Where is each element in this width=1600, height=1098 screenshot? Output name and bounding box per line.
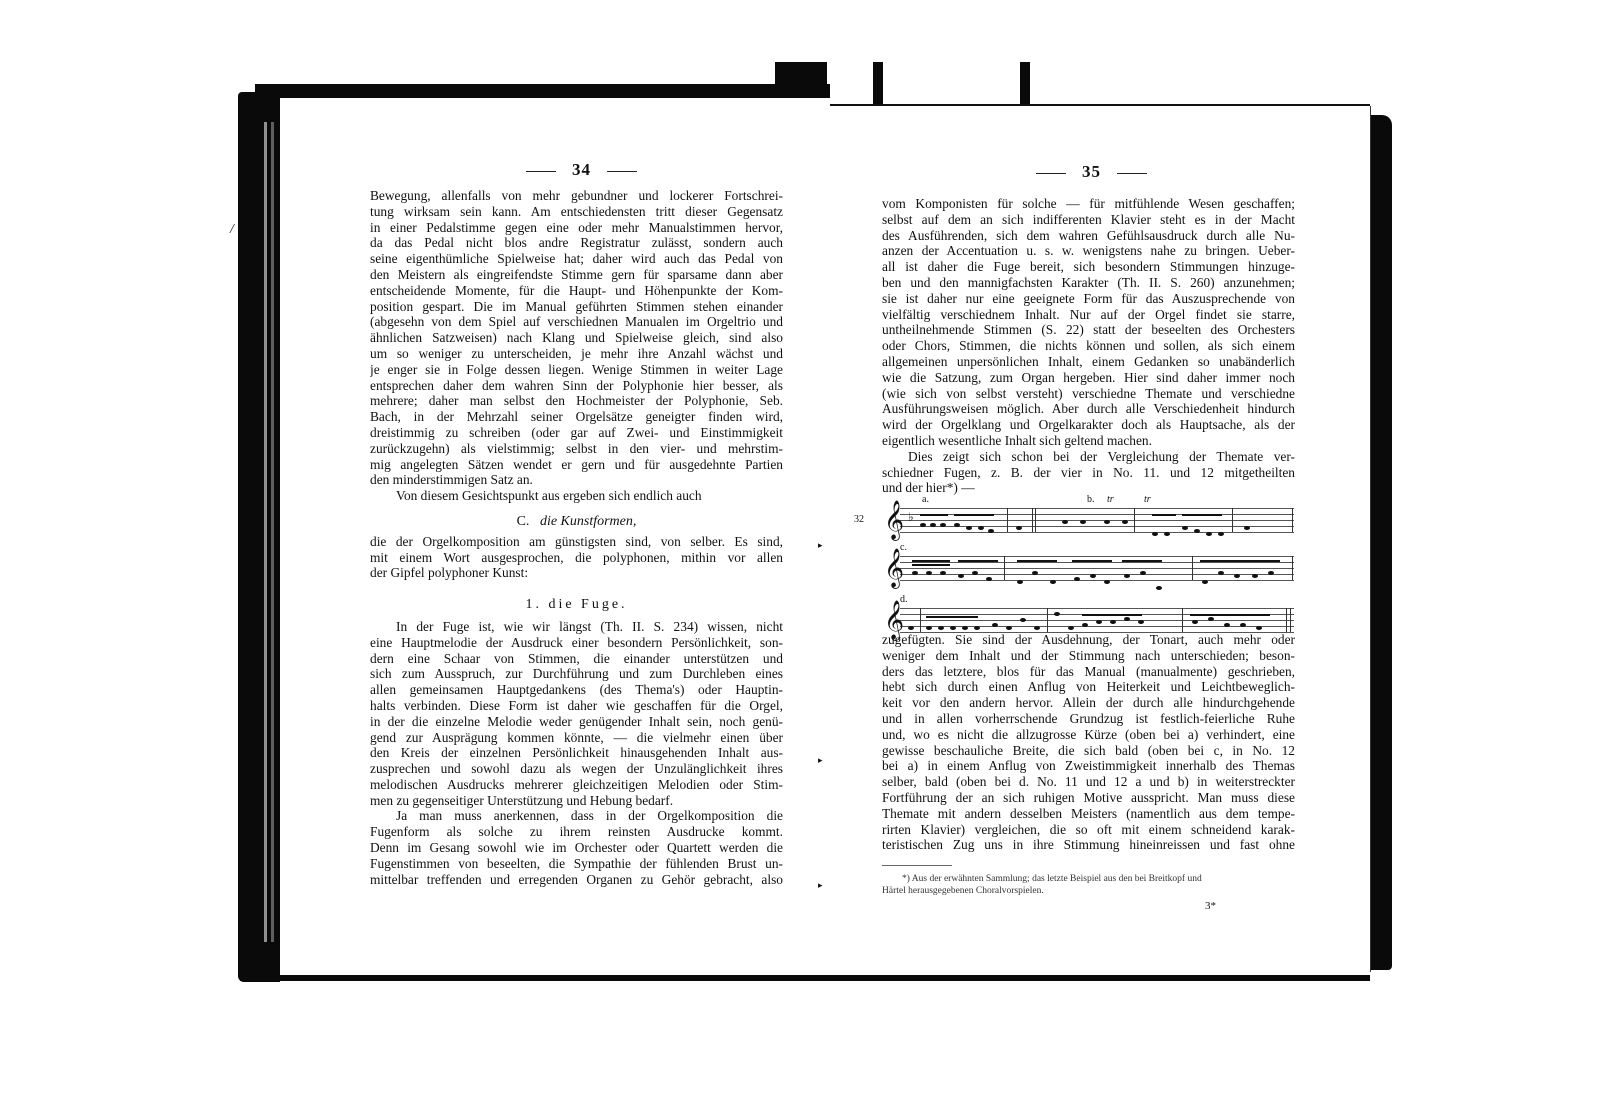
text-line: in der die einzelne Melodie weder genüge…: [370, 714, 783, 730]
text-line: wie die Satzung, zum Organ hergeben. Hie…: [882, 370, 1295, 386]
text-line: seine eigenthümliche Spielweise hat; dah…: [370, 251, 783, 267]
text-line: bei a) in einem Anflug von Zweistimmigke…: [882, 758, 1295, 774]
text-line: der Gipfel polyphoner Kunst:: [370, 565, 783, 581]
book-bottom-edge: [240, 975, 1370, 981]
text-line: mittelbar treffenden und erregenden Orga…: [370, 872, 783, 888]
right-page-body-top: vom Komponisten für solche — für mitfühl…: [882, 196, 1295, 496]
text-line: eigentlich wesentliche Inhalt sich gelte…: [882, 433, 1295, 449]
text-line: rirten Klavier) vergleichen, die so oft …: [882, 822, 1295, 838]
example-number: 32: [854, 514, 864, 525]
text-line: mehrere; daher man selbst den Hochmeiste…: [370, 393, 783, 409]
text-line: Fugenstimmen von beseelten, die Sympathi…: [370, 856, 783, 872]
text-line: zurückzugehn) als vielstimmig; selbst in…: [370, 441, 783, 457]
book-top-edge-left: [255, 84, 830, 98]
example-label: a.: [922, 494, 929, 505]
text-line: Denn im Gesang sowohl wie im Orchester o…: [370, 840, 783, 856]
text-line: allgemeinen unpersönlichen Inhalt, einem…: [882, 354, 1295, 370]
example-label: d.: [900, 594, 908, 605]
footnote-rule: [882, 865, 952, 866]
text-line: Ausführungsweisen möglich. Aber durch al…: [882, 401, 1295, 417]
trill-mark: tr: [1107, 494, 1114, 505]
footnote-line: Härtel herausgegebenen Choralvorspielen.: [882, 885, 1295, 897]
subsection-heading-fuge: 1. die Fuge.: [370, 597, 783, 613]
page-number-right: 35: [1020, 162, 1160, 182]
text-line: all ist daher die Fuge bereit, sich beso…: [882, 259, 1295, 275]
section-title: die Kunstformen,: [540, 514, 636, 529]
footnote: *) Aus der erwähnten Sammlung; das letzt…: [882, 873, 1295, 897]
treble-clef-icon: 𝄞: [884, 500, 904, 540]
text-line: anzen der Accentuation u. s. w. wenigste…: [882, 243, 1295, 259]
text-line: den Kreis der einzelnen Persönlichkeit h…: [370, 745, 783, 761]
text-line: melodischen Ausdrucks mehrerer gleichzei…: [370, 777, 783, 793]
example-label: c.: [900, 542, 907, 553]
flat-icon: ♭: [908, 510, 914, 525]
text-line: da das Pedal nicht blos andre Registratu…: [370, 235, 783, 251]
example-label: b.: [1087, 494, 1095, 505]
text-line: selber, bald (oben bei d. No. 11 und 12 …: [882, 774, 1295, 790]
text-line: Themate mit andern desselben Meisters (n…: [882, 806, 1295, 822]
text-line: die der Orgelkomposition am günstigsten …: [370, 534, 783, 550]
staff-a-b: 32 𝄞 ♭ a. b. tr tr: [882, 508, 1294, 540]
treble-clef-icon: 𝄞: [884, 548, 904, 588]
text-line: zugefügten. Sie sind der Ausdehnung, der…: [882, 632, 1295, 648]
text-line: untheilnehmende Stimmen (S. 22) statt de…: [882, 322, 1295, 338]
text-line: In der Fuge ist, wie wir längst (Th. II.…: [370, 619, 783, 635]
text-line: ähnlichen Satzweisen) nach Klang und Spi…: [370, 330, 783, 346]
text-line: halts verbinden. Diese Form ist daher wi…: [370, 698, 783, 714]
text-line: mit einem Wort ausgesprochen, die polyph…: [370, 550, 783, 566]
text-line: Bewegung, allenfalls von mehr gebundner …: [370, 188, 783, 204]
text-line: Dies zeigt sich schon bei der Vergleichu…: [882, 449, 1295, 465]
text-line: sie ist daher nur eine geeignete Form fü…: [882, 291, 1295, 307]
text-line: dern eine Schaar von Stimmen, die einand…: [370, 651, 783, 667]
text-line: zusprechen und sowohl dazu als wegen der…: [370, 761, 783, 777]
text-line: in einer Pedalstimme gegen eine oder meh…: [370, 220, 783, 236]
section-letter: C.: [517, 514, 530, 529]
text-line: ders das letztere, blos für das Manual (…: [882, 664, 1295, 680]
text-line: den Meistern als eingreifendste Stimme g…: [370, 267, 783, 283]
text-line: allen gemeinsamen Hauptgedankens (des Th…: [370, 682, 783, 698]
text-line: (abgesehn von dem Spiel auf verschiednen…: [370, 314, 783, 330]
text-line: entscheidende Momente, für die Haupt- un…: [370, 283, 783, 299]
footnote-line: *) Aus der erwähnten Sammlung; das letzt…: [882, 873, 1295, 885]
text-line: vielfältig verschiednem Inhalt. Nur auf …: [882, 307, 1295, 323]
text-line: vom Komponisten für solche — für mitfühl…: [882, 196, 1295, 212]
text-line: dreistimmig zu schreiben (oder gar auf Z…: [370, 425, 783, 441]
text-line: Bach, in der Mehrzahl seiner Orgelsätze …: [370, 409, 783, 425]
text-line: selbst auf dem an sich indifferenten Kla…: [882, 212, 1295, 228]
text-line: mig angelegten Sätzen wendet er gern und…: [370, 457, 783, 473]
book-cover-left-edge: [238, 92, 280, 982]
text-line: weniger dem Inhalt und der Stimmung nach…: [882, 648, 1295, 664]
text-line: tung wirksam sein kann. Am entschiedenst…: [370, 204, 783, 220]
text-line: entsprechen daher dem wahren Sinn der Po…: [370, 378, 783, 394]
text-line: Fortführung der an sich ruhigen Motive a…: [882, 790, 1295, 806]
text-line: Ja man muss anerkennen, dass in der Orge…: [370, 808, 783, 824]
bookmark-tab: [1020, 62, 1030, 106]
text-line: eine Hauptmelodie der Ausdruck einer bes…: [370, 635, 783, 651]
text-line: des Ausführenden, sich dem wahren Gefühl…: [882, 228, 1295, 244]
text-line: schiedner Fugen, z. B. der vier in No. 1…: [882, 465, 1295, 481]
music-example: 32 𝄞 ♭ a. b. tr tr 𝄞 c.: [882, 508, 1294, 650]
text-line: gend zur Ausprägung kommen könnte, — die…: [370, 730, 783, 746]
left-page-body: Bewegung, allenfalls von mehr gebundner …: [370, 188, 783, 887]
text-line: und in allen vorherrschende Grundzug ist…: [882, 711, 1295, 727]
trill-mark: tr: [1144, 494, 1151, 505]
text-line: gewisse beschauliche Breite, die sich ba…: [882, 743, 1295, 759]
text-line: (wie sich von selbst versteht) verschied…: [882, 386, 1295, 402]
gutter-mark: ▸: [818, 880, 823, 891]
text-line: sich zum Ausspruch, zur Durchführung und…: [370, 666, 783, 682]
section-heading-c: C. die Kunstformen,: [370, 514, 783, 530]
text-line: position gespart. Die im Manual geführte…: [370, 299, 783, 315]
cover-highlight: [264, 122, 267, 942]
text-line: teristischen Zug uns in ihre Stimmung hi…: [882, 837, 1295, 853]
text-line: Fugenform als solche zu ihrem reinsten A…: [370, 824, 783, 840]
text-line: keit vor den andern hervor. Allein der d…: [882, 695, 1295, 711]
cover-highlight: [271, 122, 274, 942]
page-number-text: 35: [1082, 162, 1101, 181]
gutter-mark: ▸: [818, 755, 823, 766]
text-line: oder Chors, Stimmen, die nichts können u…: [882, 338, 1295, 354]
right-page-body-bottom: zugefügten. Sie sind der Ausdehnung, der…: [882, 632, 1295, 853]
book-cover-right-edge: [1370, 115, 1392, 970]
text-line: um so weniger zu unterscheiden, je mehr …: [370, 346, 783, 362]
text-line: wird der Orgelklang und Orgelkarakter do…: [882, 417, 1295, 433]
text-line: und, wo es nicht die allzugrosse Kürze (…: [882, 727, 1295, 743]
text-line: hebt sich durch einen Anflug von Heiterk…: [882, 679, 1295, 695]
bookmark-tab: [873, 62, 883, 106]
page-number-left: 34: [510, 160, 650, 180]
text-line: men zu gegenseitiger Unterstützung und H…: [370, 793, 783, 809]
printer-signature: 3*: [1205, 900, 1216, 912]
staff-c: 𝄞 c.: [882, 556, 1294, 588]
gutter-mark: ▸: [818, 540, 823, 551]
margin-mark: /: [230, 222, 234, 238]
text-line: ben und den mannigfachsten Karakter (Th.…: [882, 275, 1295, 291]
text-line: je enger sie in Folge dessen liegen. Wen…: [370, 362, 783, 378]
page-number-text: 34: [572, 160, 591, 179]
text-line: den minderstimmigen Satz an.: [370, 472, 783, 488]
bookmark-tab: [775, 62, 827, 100]
text-line: Von diesem Gesichtspunkt aus ergeben sic…: [370, 488, 783, 504]
